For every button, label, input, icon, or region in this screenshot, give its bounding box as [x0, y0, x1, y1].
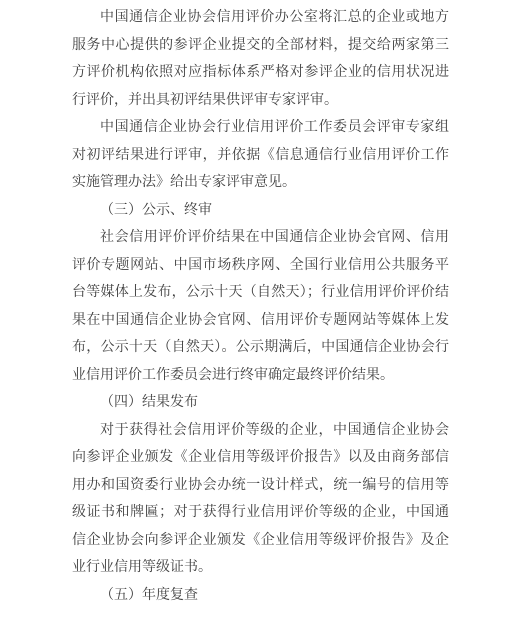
- section-heading-result-release: （四）结果发布: [72, 389, 449, 417]
- section-heading-public-notice-final-review: （三）公示、终审: [72, 197, 449, 225]
- body-paragraph-initial-evaluation: 中国通信企业协会信用评价办公室将汇总的企业或地方服务中心提供的参评企业提交的全部…: [72, 4, 449, 114]
- body-paragraph-certificates: 对于获得社会信用评价等级的企业，中国通信企业协会向参评企业颁发《企业信用等级评价…: [72, 417, 449, 582]
- body-paragraph-result-publication: 社会信用评价评价结果在中国通信企业协会官网、信用评价专题网站、中国市场秩序网、全…: [72, 224, 449, 389]
- body-paragraph-expert-review: 中国通信企业协会行业信用评价工作委员会评审专家组对初评结果进行评审，并依据《信息…: [72, 114, 449, 197]
- section-heading-annual-review: （五）年度复查: [72, 582, 449, 610]
- document-page: 中国通信企业协会信用评价办公室将汇总的企业或地方服务中心提供的参评企业提交的全部…: [0, 0, 522, 620]
